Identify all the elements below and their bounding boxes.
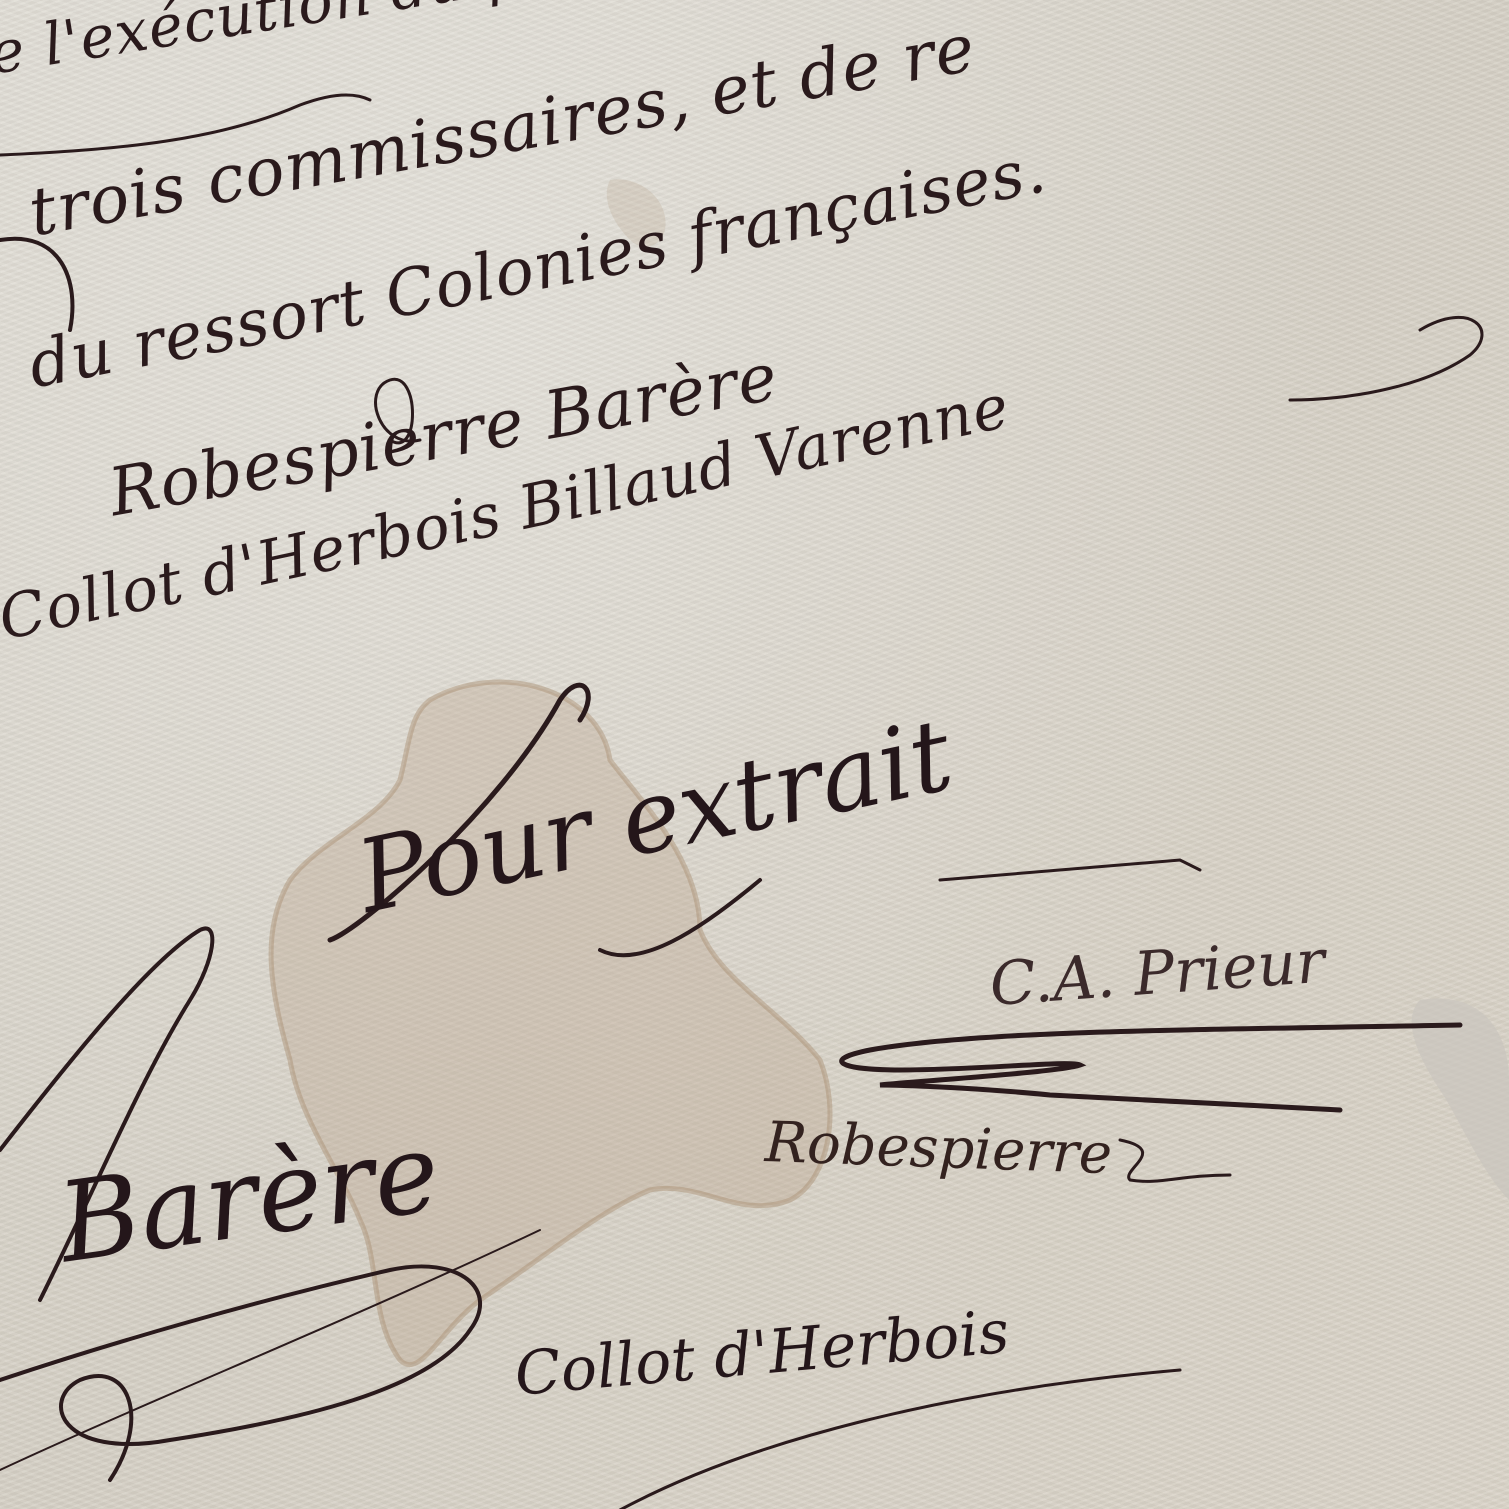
signature-collot-dherbois: Collot d'Herbois — [512, 1297, 1012, 1410]
attestation-text: Pour extrait — [348, 696, 962, 936]
manuscript-page: e l'exécution du présent trois commissai… — [0, 0, 1509, 1509]
signature-prieur: C.A. Prieur — [988, 927, 1327, 1020]
signature-barere: Barère — [51, 1107, 447, 1287]
signature-robespierre: Robespierre — [764, 1110, 1113, 1187]
